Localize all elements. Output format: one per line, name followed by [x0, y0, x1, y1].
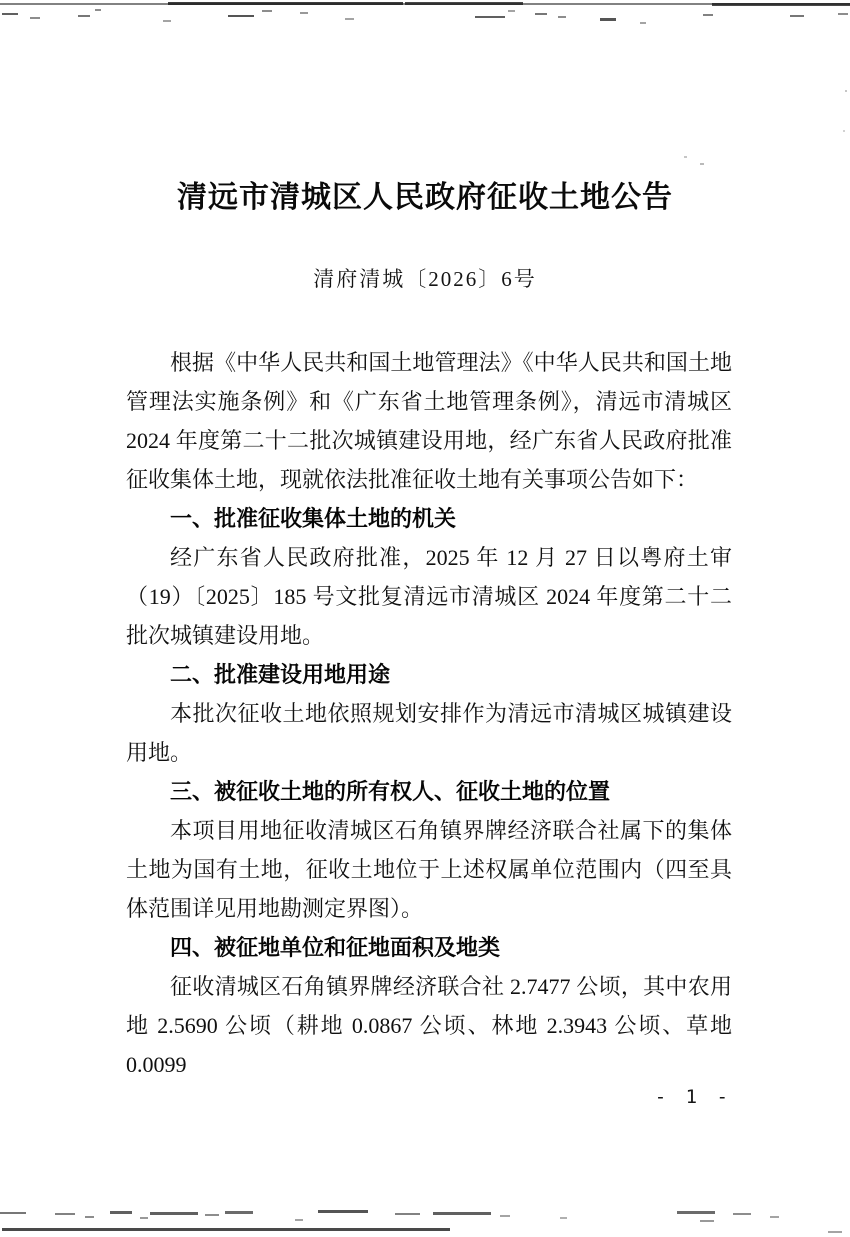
page-number: - 1 - — [126, 1086, 732, 1108]
document-page: 清远市清城区人民政府征收土地公告 清府清城〔2026〕6号 根据《中华人民共和国… — [0, 0, 850, 1237]
scan-noise-mark — [295, 1219, 303, 1221]
scan-noise-mark — [500, 1215, 510, 1217]
scan-noise-mark — [205, 1214, 219, 1216]
scan-noise-mark — [300, 12, 308, 14]
paragraph-section-3: 本项目用地征收清城区石角镇界牌经济联合社属下的集体土地为国有土地，征收土地位于上… — [126, 811, 732, 928]
scan-noise-mark — [684, 156, 687, 158]
scan-noise-mark — [345, 18, 354, 20]
scan-noise-mark — [95, 9, 101, 11]
scan-noise-mark — [733, 1213, 751, 1215]
scan-noise-mark — [163, 20, 171, 22]
scan-noise-mark — [558, 16, 566, 18]
document-body: 根据《中华人民共和国土地管理法》《中华人民共和国土地管理法实施条例》和《广东省土… — [126, 343, 732, 1084]
scan-noise-mark — [712, 3, 850, 6]
scan-noise-mark — [225, 1211, 253, 1214]
paragraph-section-1: 经广东省人民政府批准，2025 年 12 月 27 日以粤府土审（19）〔202… — [126, 538, 732, 655]
scan-noise-mark — [78, 15, 90, 17]
scan-noise-mark — [0, 3, 850, 5]
paragraph-section-4: 征收清城区石角镇界牌经济联合社 2.7477 公顷，其中农用地 2.5690 公… — [126, 967, 732, 1084]
scan-noise-mark — [2, 1228, 450, 1231]
scan-noise-mark — [262, 10, 272, 12]
scan-noise-mark — [140, 1217, 148, 1219]
scan-noise-mark — [703, 14, 713, 16]
section-heading-1: 一、批准征收集体土地的机关 — [126, 499, 732, 538]
scan-noise-mark — [640, 22, 646, 24]
scan-noise-mark — [843, 130, 845, 132]
section-heading-4: 四、被征地单位和征地面积及地类 — [126, 928, 732, 967]
scan-noise-mark — [700, 163, 704, 165]
scan-noise-mark — [150, 1212, 198, 1215]
scan-noise-mark — [508, 10, 515, 12]
scan-noise-mark — [475, 16, 505, 18]
section-heading-2: 二、批准建设用地用途 — [126, 655, 732, 694]
scan-noise-mark — [318, 1210, 368, 1213]
scan-noise-mark — [700, 1220, 714, 1222]
scan-noise-mark — [677, 1211, 715, 1214]
scan-noise-mark — [168, 2, 403, 5]
scan-noise-mark — [30, 17, 40, 19]
scan-noise-mark — [55, 1213, 75, 1215]
paragraph-section-2: 本批次征收土地依照规划安排作为清远市清城区城镇建设用地。 — [126, 694, 732, 772]
scan-noise-mark — [838, 13, 848, 15]
scan-noise-mark — [535, 13, 547, 15]
document-number: 清府清城〔2026〕6号 — [0, 264, 850, 294]
paragraph-intro: 根据《中华人民共和国土地管理法》《中华人民共和国土地管理法实施条例》和《广东省土… — [126, 343, 732, 499]
section-heading-3: 三、被征收土地的所有权人、征收土地的位置 — [126, 772, 732, 811]
scan-noise-mark — [405, 2, 523, 5]
scan-noise-mark — [110, 1211, 132, 1214]
scan-noise-mark — [2, 13, 18, 15]
scan-noise-mark — [600, 18, 616, 21]
document-title: 清远市清城区人民政府征收土地公告 — [0, 179, 850, 217]
scan-noise-mark — [85, 1216, 94, 1218]
scan-noise-mark — [395, 1213, 420, 1215]
scan-noise-mark — [0, 1212, 26, 1214]
scan-noise-mark — [560, 1217, 567, 1219]
scan-noise-mark — [433, 1212, 491, 1215]
scan-noise-mark — [828, 1231, 842, 1233]
scan-noise-mark — [790, 15, 804, 17]
scan-noise-mark — [845, 90, 847, 92]
scan-noise-mark — [770, 1216, 779, 1218]
scan-noise-mark — [228, 15, 254, 17]
